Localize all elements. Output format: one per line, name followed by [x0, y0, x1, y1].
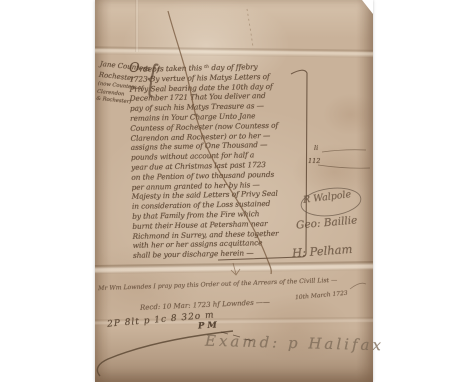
signature-pelham: H: Pelham	[292, 242, 353, 260]
margin-sum-li: li	[314, 144, 318, 152]
signature-examined-halifax: Examd: p Halifax	[205, 332, 384, 355]
endorsement-received-line: Recd: 10 Mar: 1723 hf Lowndes ——	[140, 298, 270, 312]
clerk-initials-mark: P M	[198, 321, 217, 332]
fold-crease-top	[95, 46, 373, 57]
fold-crease-middle	[95, 261, 373, 274]
endorsement-pay-line: Mr Wm Lowndes I pray pay this Order out …	[98, 277, 337, 292]
torn-corner	[362, 0, 373, 14]
manuscript-paper: Jane Countess of Rochester (now Countess…	[95, 0, 373, 382]
fold-crease-vertical	[135, 0, 139, 52]
margin-sum-112: 112	[308, 157, 320, 165]
order-body-text: Order is taken this ᵗʰ day of ffebry 172…	[129, 60, 309, 261]
signature-walpole: R Walpole	[303, 189, 352, 206]
endorsement-date: 10th March 1723	[295, 290, 348, 302]
auction-photo: Jane Countess of Rochester (now Countess…	[0, 0, 468, 382]
